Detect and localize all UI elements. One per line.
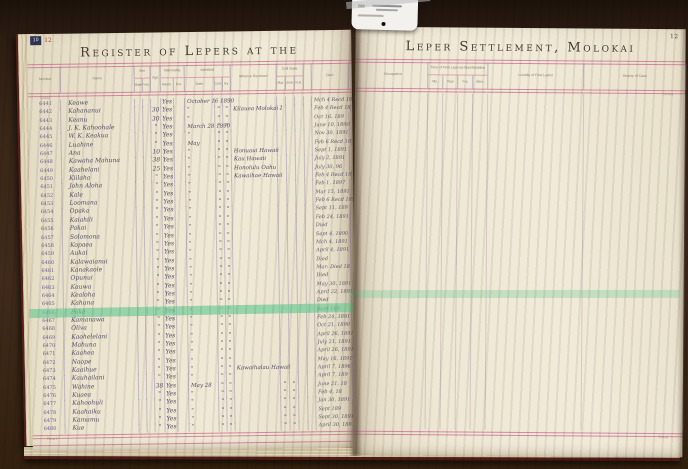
cell-foreigner bbox=[177, 340, 188, 349]
cell-admit-ditto-2: " bbox=[226, 339, 234, 348]
cell-sex-female bbox=[144, 182, 152, 191]
cell-admit-ditto-1: " bbox=[217, 206, 225, 215]
cell-sex-male bbox=[138, 324, 146, 333]
cell-civil-nk bbox=[295, 113, 304, 122]
archive-sticker: 288 bbox=[351, 0, 418, 31]
cell-blank bbox=[305, 171, 313, 180]
cell-admit-ditto-2: " bbox=[225, 248, 233, 257]
cell-admit-ditto-2: " bbox=[227, 398, 235, 407]
cell-blank bbox=[307, 330, 315, 339]
cell-admit-ditto-2: " bbox=[227, 389, 235, 398]
col-header-history: History of Case bbox=[584, 64, 686, 91]
col-header-admitted: Admitted bbox=[185, 64, 231, 78]
cell-whence bbox=[236, 422, 282, 431]
cell-civil-married bbox=[277, 113, 286, 122]
cell-civil-nk bbox=[296, 163, 305, 172]
cell-civil-married bbox=[280, 322, 289, 331]
cell-civil-married bbox=[281, 372, 290, 381]
cell-admit-ditto-1: " bbox=[219, 365, 227, 374]
col-header-foreigner: For. bbox=[174, 78, 185, 91]
cell-admit-ditto-2: " bbox=[226, 289, 234, 298]
cell-admit-ditto-1: " bbox=[219, 381, 227, 390]
cell-civil-married bbox=[278, 172, 287, 181]
cell-foreigner bbox=[178, 365, 189, 374]
cell-civil-married bbox=[277, 122, 286, 131]
cell-admit-ditto-2: " bbox=[226, 281, 234, 290]
cell-civil-unmarried bbox=[288, 213, 297, 222]
col-header-whence: Whence Received bbox=[231, 64, 277, 91]
column-rule bbox=[486, 94, 585, 431]
cell-foreigner bbox=[176, 232, 187, 241]
cell-sex-male bbox=[138, 282, 146, 291]
cell-admit-ditto-2: " bbox=[223, 114, 231, 123]
cell-admit-ditto-1: " bbox=[216, 148, 224, 157]
cell-age: " bbox=[155, 365, 165, 374]
ruled-line bbox=[33, 441, 357, 449]
cell-sex-male bbox=[137, 215, 145, 224]
cell-civil-nk bbox=[296, 180, 305, 189]
cell-sex-female bbox=[148, 424, 156, 433]
cell-admit-ditto-2: " bbox=[224, 181, 232, 190]
cell-sex-female bbox=[147, 357, 155, 366]
total-label: Total bbox=[658, 435, 668, 439]
cell-age: " bbox=[153, 274, 163, 283]
cell-sex-female bbox=[146, 290, 154, 299]
cell-blank bbox=[307, 347, 315, 356]
cell-civil-married: " bbox=[282, 422, 291, 431]
cell-sex-female bbox=[147, 391, 155, 400]
right-page-title: Leper Settlement, Molokai bbox=[355, 39, 685, 57]
cell-civil-married bbox=[279, 239, 288, 248]
cell-sex-male bbox=[135, 115, 143, 124]
cell-civil-unmarried: " bbox=[290, 380, 299, 389]
cell-age: " bbox=[151, 132, 161, 141]
cell-admit-ditto-2: " bbox=[225, 273, 233, 282]
cell-foreigner bbox=[177, 282, 188, 291]
cell-sex-female bbox=[143, 107, 151, 116]
cell-blank bbox=[309, 422, 317, 431]
cell-civil-unmarried bbox=[288, 255, 297, 264]
cell-civil-unmarried: " bbox=[290, 405, 299, 414]
cell-admit-ditto-1: " bbox=[216, 198, 224, 207]
cell-civil-unmarried bbox=[286, 122, 295, 131]
cell-blank bbox=[306, 238, 314, 247]
cell-foreigner bbox=[175, 156, 186, 165]
right-folio-number: 12 bbox=[670, 33, 679, 40]
cell-foreigner bbox=[175, 190, 186, 199]
col-header-nationality: Nationality bbox=[161, 65, 185, 78]
cell-hawaiian: Yes bbox=[166, 424, 179, 433]
cell-blank bbox=[305, 146, 313, 155]
cell-admit-ditto-2: " bbox=[225, 256, 233, 265]
cell-admit-ditto-2: " bbox=[226, 323, 234, 332]
col-header-sex: Sex bbox=[135, 66, 151, 79]
cell-age: " bbox=[151, 123, 161, 132]
cell-admit-ditto-1: " bbox=[218, 281, 226, 290]
cell-sex-female bbox=[144, 149, 152, 158]
col-header-age: Age bbox=[151, 65, 161, 91]
cell-admit-ditto-2: " bbox=[225, 264, 233, 273]
cell-civil-married bbox=[280, 330, 289, 339]
cell-age: " bbox=[154, 315, 164, 324]
cell-admit-ditto-2 bbox=[223, 97, 231, 106]
cell-sex-male bbox=[138, 291, 146, 300]
cell-age: 30 bbox=[151, 107, 161, 116]
cell-civil-married bbox=[278, 163, 287, 172]
cell-age: " bbox=[153, 240, 163, 249]
cell-sex-male bbox=[137, 224, 145, 233]
cell-age: " bbox=[155, 349, 165, 358]
cell-civil-nk bbox=[298, 288, 307, 297]
cell-sex-male bbox=[137, 232, 145, 241]
cell-sex-male bbox=[138, 316, 146, 325]
cell-admit-ditto-1: " bbox=[218, 306, 226, 315]
cell-civil-married bbox=[277, 97, 286, 106]
cell-foreigner bbox=[177, 315, 188, 324]
cell-admit-ditto-1: " bbox=[217, 239, 225, 248]
cell-civil-married bbox=[279, 272, 288, 281]
cell-sex-female bbox=[144, 174, 152, 183]
cell-civil-nk bbox=[297, 230, 306, 239]
cell-civil-nk bbox=[299, 388, 308, 397]
right-column-rules bbox=[356, 93, 683, 432]
cell-civil-unmarried: " bbox=[290, 389, 299, 398]
cell-admit-ditto-1: " bbox=[215, 131, 223, 140]
cell-age: " bbox=[153, 265, 163, 274]
cell-foreigner bbox=[176, 240, 187, 249]
cell-sex-female bbox=[147, 349, 155, 358]
cell-civil-married bbox=[277, 130, 286, 139]
cell-civil-nk bbox=[297, 263, 306, 272]
cell-civil-unmarried bbox=[287, 147, 296, 156]
cell-blank bbox=[305, 155, 313, 164]
cell-civil-married bbox=[278, 188, 287, 197]
cell-civil-nk bbox=[296, 146, 305, 155]
col-header-died: Died bbox=[312, 63, 349, 90]
cell-civil-nk bbox=[299, 380, 308, 389]
sticker-sheen bbox=[346, 0, 430, 9]
cell-age: " bbox=[154, 290, 164, 299]
cell-age: 25 bbox=[152, 165, 162, 174]
cell-civil-married bbox=[280, 347, 289, 356]
col-header-locality: Locality of First Lesion bbox=[488, 63, 584, 90]
cell-admit-ditto-2: " bbox=[227, 406, 235, 415]
sticker-text-bar bbox=[358, 14, 384, 16]
cell-age bbox=[151, 98, 161, 107]
cell-civil-married bbox=[281, 355, 290, 364]
cell-age: " bbox=[152, 199, 162, 208]
cell-sex-male bbox=[138, 332, 146, 341]
column-rule bbox=[582, 95, 687, 432]
cell-civil-unmarried bbox=[286, 105, 295, 114]
cell-sex-female bbox=[143, 115, 151, 124]
col-header-female: Fem. bbox=[143, 79, 151, 92]
total-label: Total bbox=[47, 437, 57, 441]
cell-sex-male bbox=[135, 124, 143, 133]
cell-foreigner bbox=[174, 131, 185, 140]
cell-admit-ditto-2: " bbox=[225, 223, 233, 232]
cell-civil-nk bbox=[300, 422, 309, 431]
cell-foreigner bbox=[175, 165, 186, 174]
cell-sex-male bbox=[140, 424, 148, 433]
cell-sex-female bbox=[145, 274, 153, 283]
cell-civil-nk bbox=[299, 363, 308, 372]
cell-civil-married bbox=[278, 147, 287, 156]
cell-civil-unmarried bbox=[288, 230, 297, 239]
cell-civil-nk bbox=[297, 255, 306, 264]
cell-sex-male bbox=[137, 207, 145, 216]
cell-sex-female bbox=[144, 165, 152, 174]
cell-sex-male bbox=[139, 399, 147, 408]
cell-admit-ditto-2: " bbox=[223, 131, 231, 140]
cell-age: " bbox=[154, 324, 164, 333]
cell-blank bbox=[307, 313, 315, 322]
cell-civil-unmarried: " bbox=[290, 414, 299, 423]
cell-civil-nk bbox=[299, 413, 308, 422]
cell-age: 38 bbox=[155, 382, 165, 391]
cell-admit-ditto-1: " bbox=[217, 264, 225, 273]
cell-admit-ditto-1: " bbox=[218, 323, 226, 332]
register-rows: 6441KeaweYesOctober 16 1890Mch 4 Recd 18… bbox=[31, 96, 354, 434]
cell-civil-nk bbox=[299, 355, 308, 364]
cell-admit-ditto-2: " bbox=[227, 373, 235, 382]
cell-blank bbox=[306, 221, 314, 230]
cell-civil-unmarried bbox=[286, 97, 295, 106]
left-page: 10 12 Register of Lepers at the Number N… bbox=[27, 30, 357, 452]
cell-civil-unmarried bbox=[287, 155, 296, 164]
cell-admit-ditto-1: " bbox=[218, 331, 226, 340]
cell-blank bbox=[306, 213, 314, 222]
cell-foreigner bbox=[175, 140, 186, 149]
cell-admit-ditto-1: " bbox=[216, 164, 224, 173]
cell-blank bbox=[307, 305, 315, 314]
cell-admit-ditto-1: " bbox=[220, 423, 228, 432]
cell-age: " bbox=[153, 249, 163, 258]
left-page-title: Register of Lepers at the bbox=[27, 42, 351, 62]
cell-blank bbox=[305, 163, 313, 172]
cell-blank bbox=[306, 230, 314, 239]
cell-civil-unmarried bbox=[287, 180, 296, 189]
cell-foreigner bbox=[177, 323, 188, 332]
cell-admit-ditto-1: " bbox=[216, 156, 224, 165]
cell-sex-female bbox=[144, 140, 152, 149]
cell-admit-ditto-1: " bbox=[216, 181, 224, 190]
cell-admit-ditto-1: " bbox=[217, 256, 225, 265]
cell-sex-female bbox=[145, 257, 153, 266]
right-table-header: Occupation Time of First Leprous Manifes… bbox=[358, 62, 682, 91]
cell-age: " bbox=[152, 182, 162, 191]
cell-admit-ditto-1: " bbox=[215, 106, 223, 115]
cell-blank bbox=[307, 322, 315, 331]
cell-foreigner bbox=[177, 332, 188, 341]
ruled-line bbox=[352, 431, 682, 438]
cell-admit-ditto-1: " bbox=[217, 223, 225, 232]
cell-admit-ditto-2: " bbox=[226, 331, 234, 340]
cell-foreigner bbox=[175, 182, 186, 191]
cell-civil-nk bbox=[296, 138, 305, 147]
cell-civil-unmarried bbox=[289, 305, 298, 314]
cell-sex-male bbox=[137, 257, 145, 266]
cell-foreigner bbox=[174, 115, 185, 124]
cell-blank bbox=[307, 280, 315, 289]
cell-civil-nk bbox=[295, 105, 304, 114]
col-header-m2: Year bbox=[443, 75, 458, 88]
cell-foreigner bbox=[176, 273, 187, 282]
cell-age: 38 bbox=[152, 157, 162, 166]
cell-civil-nk bbox=[297, 222, 306, 231]
cell-admit-ditto-2: " bbox=[226, 348, 234, 357]
cell-sex-male bbox=[136, 140, 144, 149]
cell-blank bbox=[306, 246, 314, 255]
cell-civil-unmarried bbox=[287, 138, 296, 147]
cell-civil-unmarried bbox=[289, 347, 298, 356]
cell-sex-female bbox=[145, 232, 153, 241]
cell-age: " bbox=[153, 215, 163, 224]
cell-blank bbox=[304, 121, 312, 130]
cell-admit-ditto-1: " bbox=[218, 289, 226, 298]
cell-age: " bbox=[153, 224, 163, 233]
cell-age: " bbox=[156, 424, 166, 433]
cell-blank bbox=[307, 288, 315, 297]
cell-civil-nk bbox=[295, 130, 304, 139]
cell-admit-ditto-1: " bbox=[215, 123, 223, 132]
cell-sex-male bbox=[136, 149, 144, 158]
cell-civil-nk bbox=[295, 121, 304, 130]
cell-sex-female bbox=[145, 224, 153, 233]
cell-name: Kue bbox=[66, 424, 140, 434]
cell-sex-female bbox=[145, 207, 153, 216]
cell-admit-ditto-2: " bbox=[224, 156, 232, 165]
cell-age: 30 bbox=[151, 115, 161, 124]
cell-civil-married bbox=[280, 289, 289, 298]
cell-blank bbox=[304, 130, 312, 139]
sticker-text-bar bbox=[376, 9, 398, 11]
cell-admit-ditto-2: " bbox=[227, 356, 235, 365]
col-header-date: Date bbox=[185, 78, 215, 91]
cell-blank bbox=[308, 405, 316, 414]
cell-admit-ditto-2: " bbox=[227, 381, 235, 390]
corner-tab: 10 bbox=[30, 36, 41, 45]
cell-admit-ditto-1: " bbox=[217, 248, 225, 257]
col-header-number: Number bbox=[31, 67, 61, 93]
cell-sex-male bbox=[137, 241, 145, 250]
cell-sex-male bbox=[139, 366, 147, 375]
cell-admit-ditto-2: " bbox=[224, 189, 232, 198]
cell-sex-male bbox=[139, 391, 147, 400]
cell-foreigner bbox=[176, 223, 187, 232]
cell-sex-female bbox=[147, 416, 155, 425]
cell-civil-unmarried bbox=[287, 172, 296, 181]
cell-sex-female bbox=[147, 399, 155, 408]
cell-admit-ditto-1: " bbox=[219, 390, 227, 399]
cell-sex-female bbox=[146, 282, 154, 291]
cell-admit-ditto-1: " bbox=[219, 398, 227, 407]
cell-civil-unmarried bbox=[289, 288, 298, 297]
cell-civil-unmarried bbox=[288, 272, 297, 281]
cell-age: " bbox=[155, 407, 165, 416]
cell-sex-female bbox=[146, 315, 154, 324]
cell-civil-married bbox=[279, 205, 288, 214]
cell-civil-unmarried bbox=[288, 222, 297, 231]
cell-sex-female bbox=[147, 366, 155, 375]
cell-civil-unmarried bbox=[287, 188, 296, 197]
cell-age: " bbox=[154, 332, 164, 341]
cell-sex-male bbox=[135, 107, 143, 116]
column-rule bbox=[356, 93, 429, 430]
cell-sex-male bbox=[139, 382, 147, 391]
cell-sex-male bbox=[139, 416, 147, 425]
cell-blank bbox=[305, 188, 313, 197]
cell-civil-married: " bbox=[281, 397, 290, 406]
cell-admit-ditto-2: " bbox=[224, 139, 232, 148]
cell-civil-unmarried: " bbox=[291, 422, 300, 431]
cell-admit-ditto-1: " bbox=[216, 173, 224, 182]
col-header-m1: Mo. bbox=[428, 75, 443, 88]
cell-foreigner bbox=[178, 357, 189, 366]
cell-blank bbox=[304, 113, 312, 122]
cell-sex-female bbox=[143, 132, 151, 141]
cell-sex-male bbox=[135, 132, 143, 141]
cell-civil-married bbox=[278, 155, 287, 164]
cell-admit-ditto-1: " bbox=[216, 139, 224, 148]
cell-foreigner bbox=[178, 398, 189, 407]
cell-admit-ditto-1: " bbox=[215, 114, 223, 123]
cell-sex-female bbox=[146, 307, 154, 316]
cell-blank bbox=[308, 372, 316, 381]
cell-admit-ditto-2: " bbox=[228, 423, 236, 432]
cell-admit-ditto-1: " bbox=[217, 231, 225, 240]
cell-foreigner bbox=[177, 348, 188, 357]
cell-admit-ditto-2: " bbox=[224, 147, 232, 156]
col-header-manifestation: Time of First Leprous Manifestation bbox=[428, 62, 488, 75]
cell-sex-male bbox=[136, 165, 144, 174]
cell-blank bbox=[305, 138, 313, 147]
cell-civil-unmarried bbox=[289, 313, 298, 322]
col-header-hawaiian: Hawn. bbox=[161, 78, 174, 91]
cell-civil-unmarried bbox=[288, 205, 297, 214]
cell-civil-nk bbox=[297, 205, 306, 214]
cell-foreigner bbox=[176, 215, 187, 224]
cell-sex-male bbox=[136, 199, 144, 208]
cell-foreigner bbox=[177, 307, 188, 316]
cell-age: " bbox=[153, 257, 163, 266]
cell-sex-female bbox=[144, 199, 152, 208]
sticker-hole-punch bbox=[381, 22, 385, 26]
cell-foreigner bbox=[175, 173, 186, 182]
cell-civil-married bbox=[279, 255, 288, 264]
cell-civil-nk bbox=[298, 322, 307, 331]
cell-civil-nk bbox=[297, 213, 306, 222]
cell-civil-married bbox=[280, 280, 289, 289]
cell-sex-female bbox=[145, 240, 153, 249]
cell-admit-ditto-1: " bbox=[219, 373, 227, 382]
cell-sex-female bbox=[144, 190, 152, 199]
cell-civil-married: " bbox=[281, 405, 290, 414]
cell-sex-female bbox=[143, 124, 151, 133]
cell-age: " bbox=[155, 390, 165, 399]
cell-blank bbox=[306, 255, 314, 264]
cell-admit-ditto-2: " bbox=[223, 122, 231, 131]
cell-foreigner bbox=[178, 373, 189, 382]
cell-sex-female bbox=[144, 157, 152, 166]
cell-age: " bbox=[152, 190, 162, 199]
col-header-male: Male bbox=[135, 79, 143, 92]
cell-sex-male bbox=[139, 357, 147, 366]
cell-admit-ditto-1: " bbox=[217, 273, 225, 282]
cell-age: " bbox=[155, 357, 165, 366]
cell-blank bbox=[308, 413, 316, 422]
cell-civil-married bbox=[278, 180, 287, 189]
